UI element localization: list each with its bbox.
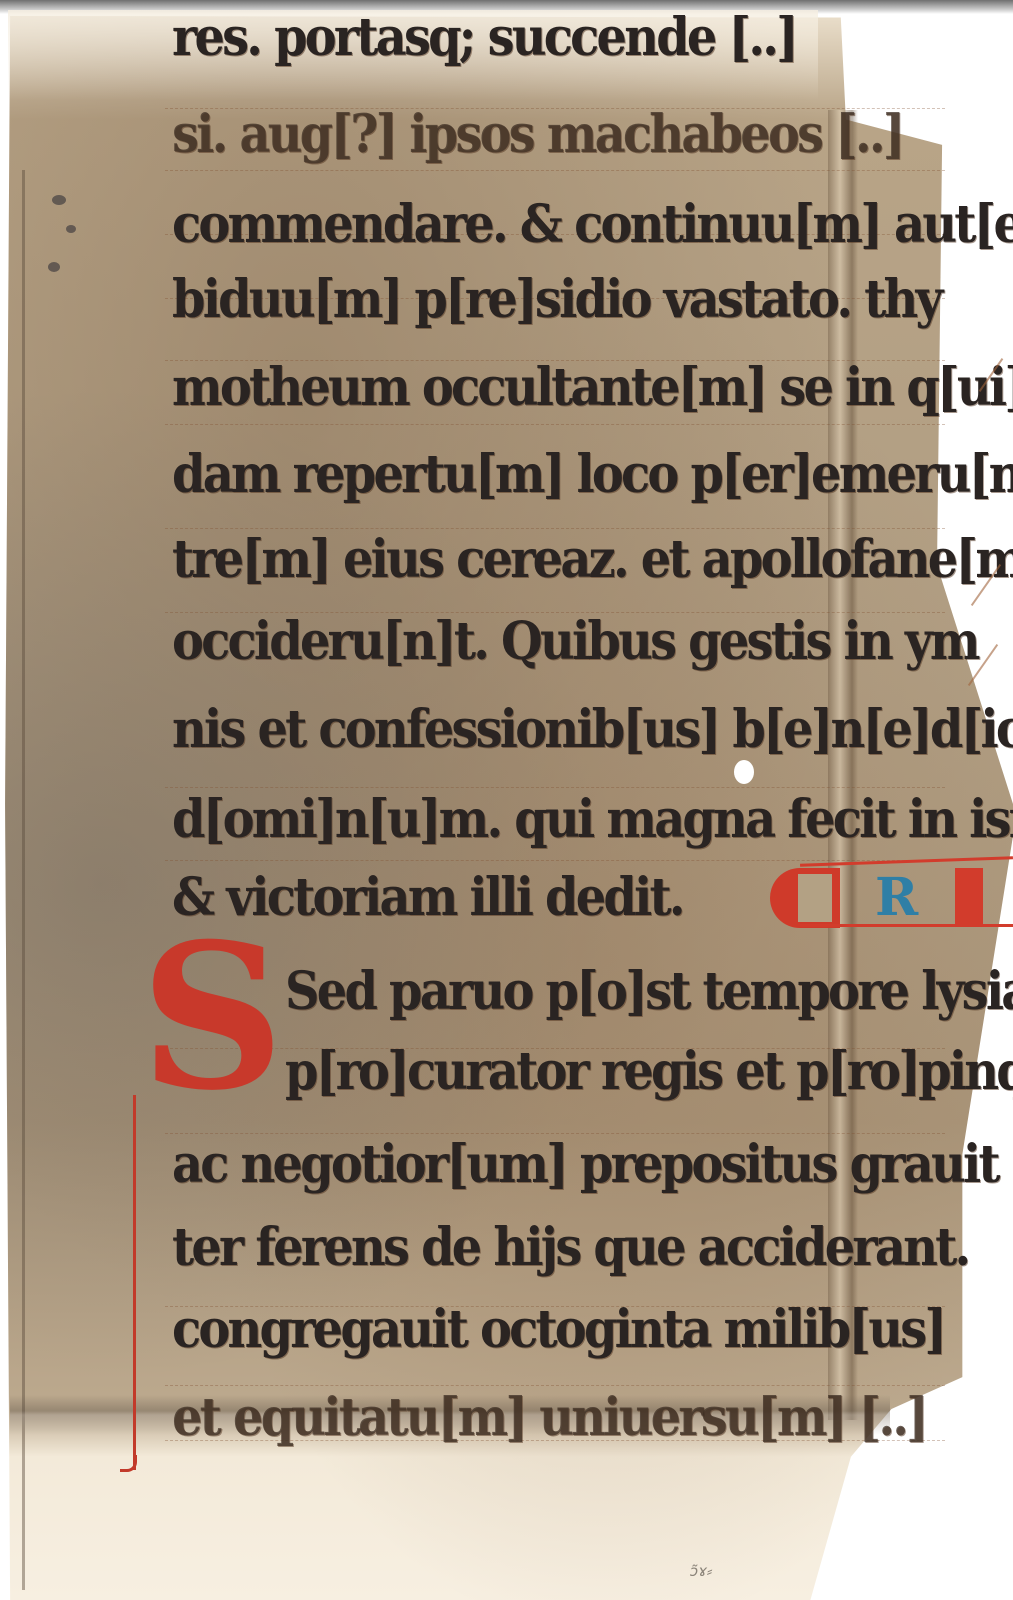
red-capital-bar (955, 868, 983, 924)
ruling-line (165, 860, 945, 861)
text-line-1: res. portasq; succende [..] (172, 8, 796, 68)
text-line-13: p[ro]curator regis et p[ro]pinqu[us] (285, 1042, 1013, 1102)
text-line-8: occideru[n]t. Quibus gestis in ym (172, 612, 978, 672)
pencil-shelfmark: ɔ̃ɤ⸗ (690, 1562, 712, 1580)
text-line-16: congregauit octoginta milib[us] (172, 1300, 944, 1360)
text-line-9: nis et confessionib[us] b[e]n[e]d[ic]eba… (172, 700, 1013, 760)
text-line-4: biduu[m] p[re]sidio vastato. thy (172, 270, 941, 330)
text-line-12: Sed paruo p[o]st tempore lysias (285, 962, 1013, 1022)
ink-blot (66, 225, 76, 233)
ruling-line (165, 170, 945, 171)
text-line-15: ter ferens de hijs que acciderant. (172, 1218, 968, 1278)
text-line-14: ac negotior[um] prepositus grauit (172, 1135, 998, 1195)
red-capital-counter (798, 874, 832, 922)
text-line-10: d[omi]n[u]m. qui magna fecit in isr[ae]l… (172, 790, 1013, 850)
text-line-3: commendare. & continuu[m] aut[em] (172, 195, 1013, 255)
ruling-line (165, 787, 945, 788)
ink-blot (48, 262, 60, 272)
text-line-6: dam repertu[m] loco p[er]emeru[n]t & fra (172, 445, 1013, 505)
ruling-line (165, 424, 945, 425)
initial-s-glyph: S (140, 918, 284, 1118)
ink-blot (52, 195, 66, 205)
rubricated-initial-s: S (140, 940, 275, 1110)
text-line-5: motheum occultante[m] se in q[ui] (172, 358, 1013, 418)
chapter-rubric: R (770, 868, 1013, 928)
rubric-line-bottom (800, 924, 1013, 927)
text-line-2: si. aug[?] ipsos machabeos [..] (172, 105, 903, 165)
text-line-7: tre[m] eius cereaz. et apollofane[m] (172, 530, 1013, 590)
blue-capital-r: R (875, 870, 918, 926)
ruling-line (165, 1385, 945, 1386)
left-edge-fold (22, 170, 25, 1590)
initial-tail-stroke (133, 1095, 136, 1470)
text-line-17: et equitatu[m] uniuersu[m] [..] (172, 1388, 926, 1448)
parchment-hole (734, 760, 754, 784)
